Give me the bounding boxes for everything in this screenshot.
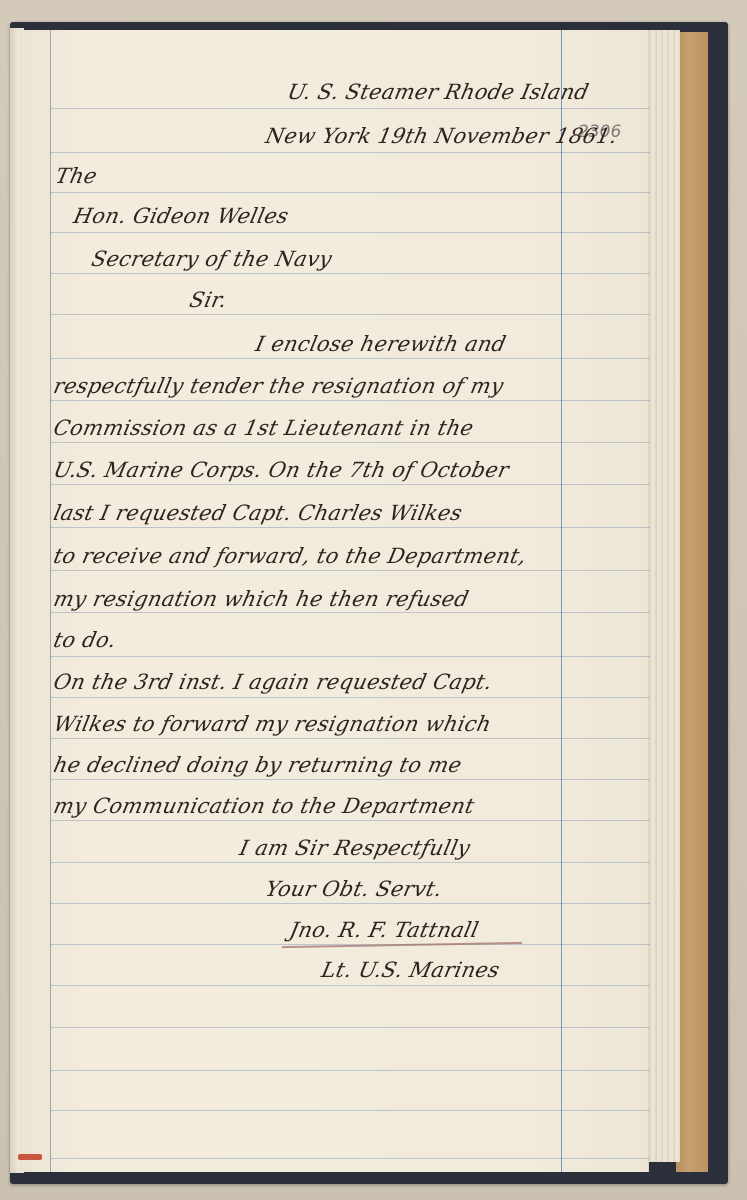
letter-location: U. S. Steamer Rhode Island (285, 80, 591, 104)
rule-line (50, 1027, 650, 1028)
rule-line (50, 862, 650, 863)
letter-date: New York 19th November 1861. (263, 124, 619, 148)
body-line: Commission as a 1st Lieutenant in the (51, 416, 475, 440)
recipient-name: Hon. Gideon Welles (71, 204, 290, 228)
rule-line (50, 358, 650, 359)
body-line: my Communication to the Department (51, 794, 476, 818)
body-line: respectfully tender the resignation of m… (51, 374, 505, 398)
body-line: I enclose herewith and (253, 332, 508, 356)
body-line: to do. (51, 628, 118, 652)
rule-line (50, 1158, 650, 1159)
rule-line (50, 527, 650, 528)
left-margin-rule (50, 30, 51, 1172)
body-line: On the 3rd inst. I again requested Capt. (51, 670, 494, 694)
salutation-sir: Sir. (187, 288, 229, 312)
rule-line (50, 820, 650, 821)
rule-line (50, 192, 650, 193)
right-margin-rule (561, 30, 562, 1172)
body-line: Wilkes to forward my resignation which (51, 712, 493, 736)
signer-title: Lt. U.S. Marines (319, 958, 502, 982)
red-tab-marker (18, 1154, 42, 1160)
salutation-the: The (53, 164, 99, 188)
closing-line: I am Sir Respectfully (237, 836, 472, 860)
rule-line (50, 108, 650, 109)
rule-line (50, 697, 650, 698)
recipient-title: Secretary of the Navy (89, 247, 334, 271)
body-line: to receive and forward, to the Departmen… (51, 544, 528, 568)
rule-line (50, 273, 650, 274)
rule-line (50, 232, 650, 233)
ledger-board-edge (676, 32, 708, 1172)
rule-line (50, 656, 650, 657)
rule-line (50, 400, 650, 401)
rule-line (50, 484, 650, 485)
signature: Jno. R. F. Tattnall (287, 918, 480, 942)
rule-line (50, 985, 650, 986)
rule-line (50, 1070, 650, 1071)
body-line: my resignation which he then refused (51, 587, 471, 611)
body-line: U.S. Marine Corps. On the 7th of October (51, 458, 511, 482)
rule-line (50, 903, 650, 904)
rule-line (50, 779, 650, 780)
body-line: last I requested Capt. Charles Wilkes (51, 501, 464, 525)
rule-line (50, 152, 650, 153)
rule-line (50, 442, 650, 443)
rule-line (50, 1110, 650, 1111)
closing-servant: Your Obt. Servt. (263, 877, 444, 901)
rule-line (50, 570, 650, 571)
rule-line (50, 738, 650, 739)
rule-line (50, 314, 650, 315)
rule-line (50, 612, 650, 613)
body-line: he declined doing by returning to me (51, 753, 464, 777)
